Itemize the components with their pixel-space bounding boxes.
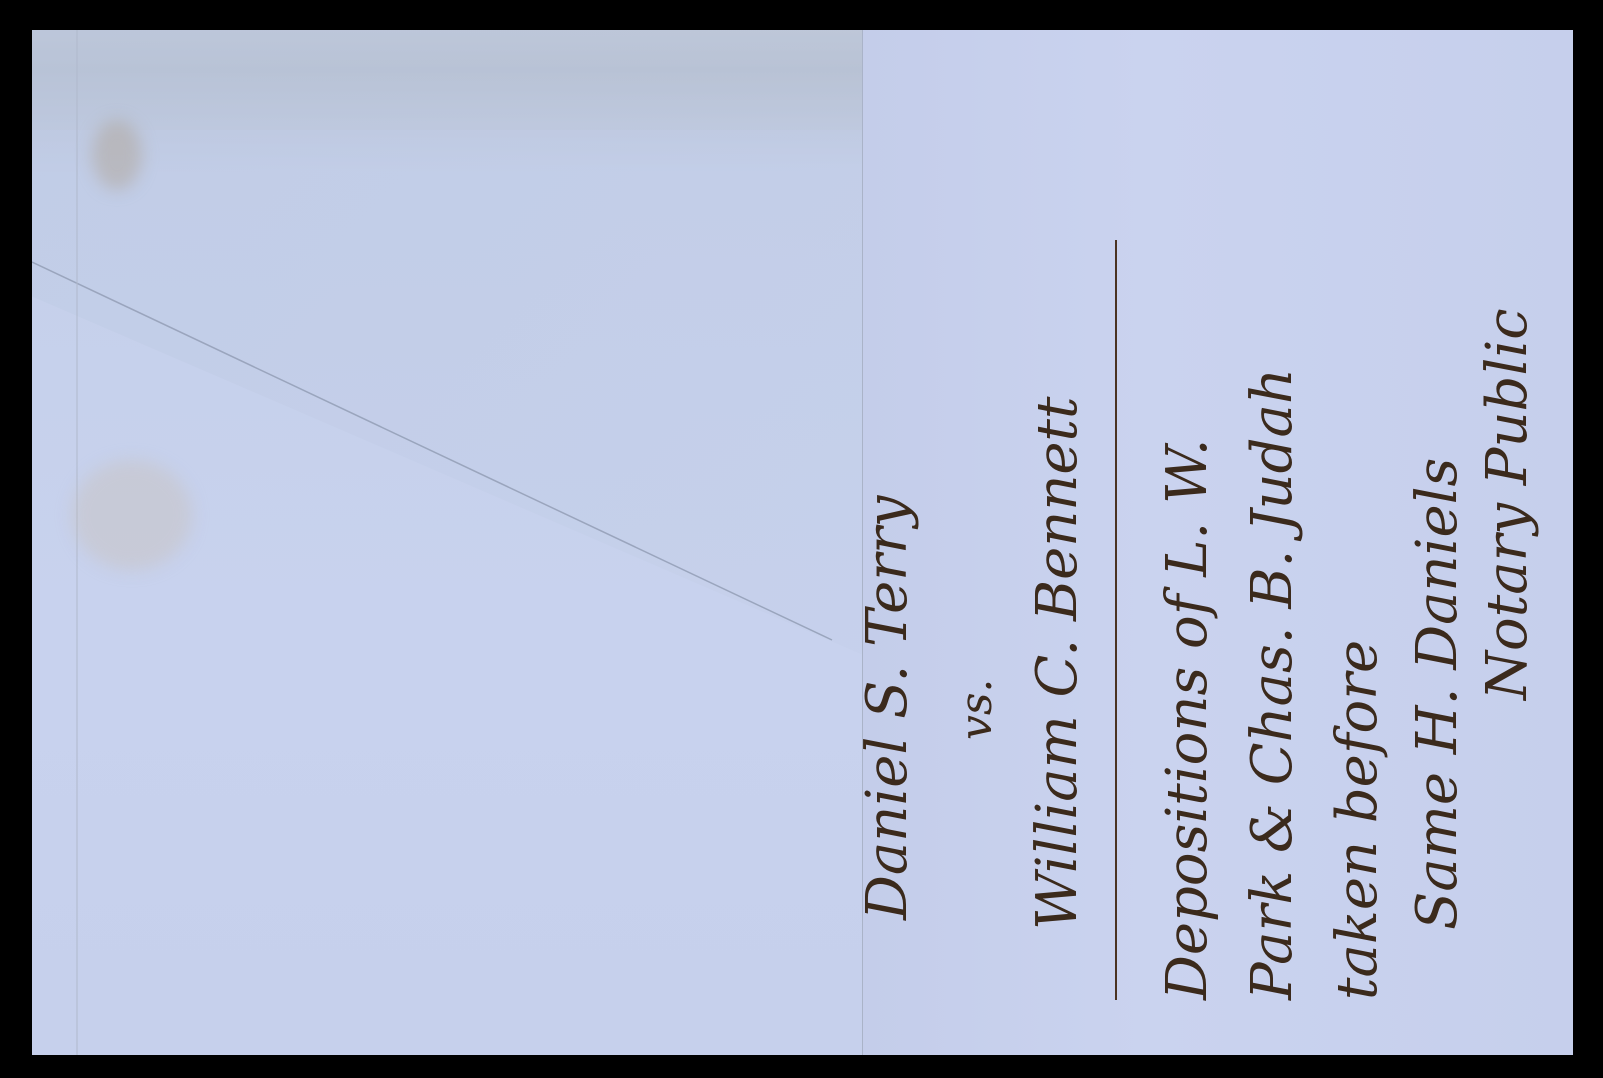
notary-name: Same H. Daniels (1410, 458, 1466, 930)
deposition-line-2: Park & Chas. B. Judah (1245, 368, 1301, 1000)
defendant-name: William C. Bennett (1030, 396, 1086, 930)
deposition-line-1: Depositions of L. W. (1160, 438, 1216, 1000)
notary-title: Notary Public (1480, 308, 1536, 700)
deposition-line-3: taken before (1330, 640, 1386, 1000)
plaintiff-name: Daniel S. Terry (860, 496, 916, 920)
stain-mark (72, 460, 192, 570)
versus-label: vs. (955, 679, 999, 740)
stain-mark (92, 120, 142, 190)
divider-rule (1115, 240, 1117, 1000)
